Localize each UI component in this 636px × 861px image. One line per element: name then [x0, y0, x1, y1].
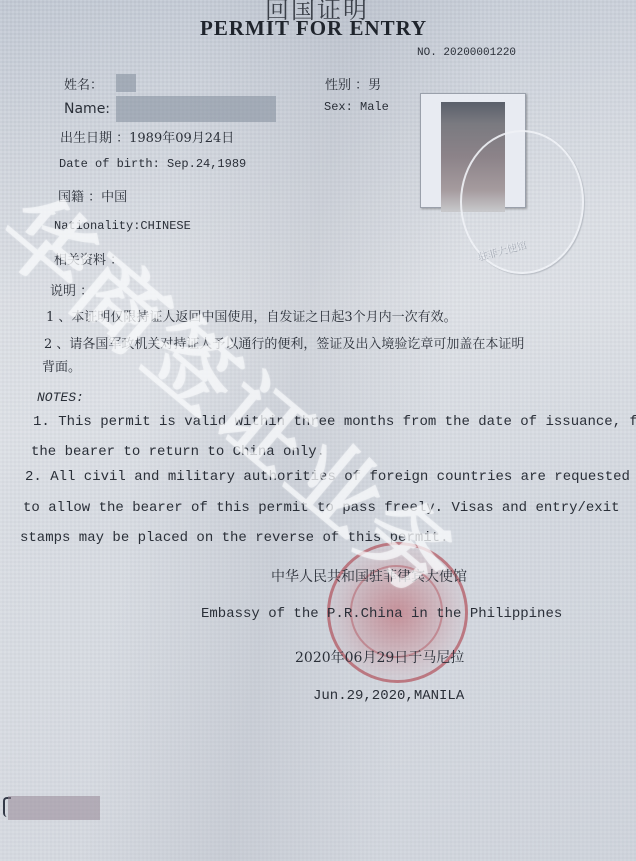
dob-cn: 出生日期 ：1989年09月24日	[60, 127, 234, 146]
notes-en-heading: NOTES:	[37, 390, 84, 405]
dob-en: Date of birth: Sep.24,1989	[59, 157, 246, 171]
title-en: PERMIT FOR ENTRY	[200, 16, 427, 41]
sex-cn: 性别 ：男	[325, 74, 381, 93]
name-en-label: Name:	[64, 101, 110, 117]
redacted-signature	[8, 796, 100, 820]
redacted-name-cn	[116, 74, 136, 92]
issue-date-cn: 2020年06月29日于马尼拉	[295, 647, 464, 667]
issue-date-en: Jun.29,2020,MANILA	[313, 688, 464, 704]
embassy-en: Embassy of the P.R.China in the Philippi…	[201, 606, 562, 622]
redacted-name-en	[116, 96, 276, 122]
sex-en: Sex: Male	[324, 100, 389, 114]
permit-number: NO. 20200001220	[417, 47, 516, 59]
notes-cn-item-3: 背面。	[42, 356, 81, 375]
name-cn-label: 姓名：	[64, 74, 103, 93]
